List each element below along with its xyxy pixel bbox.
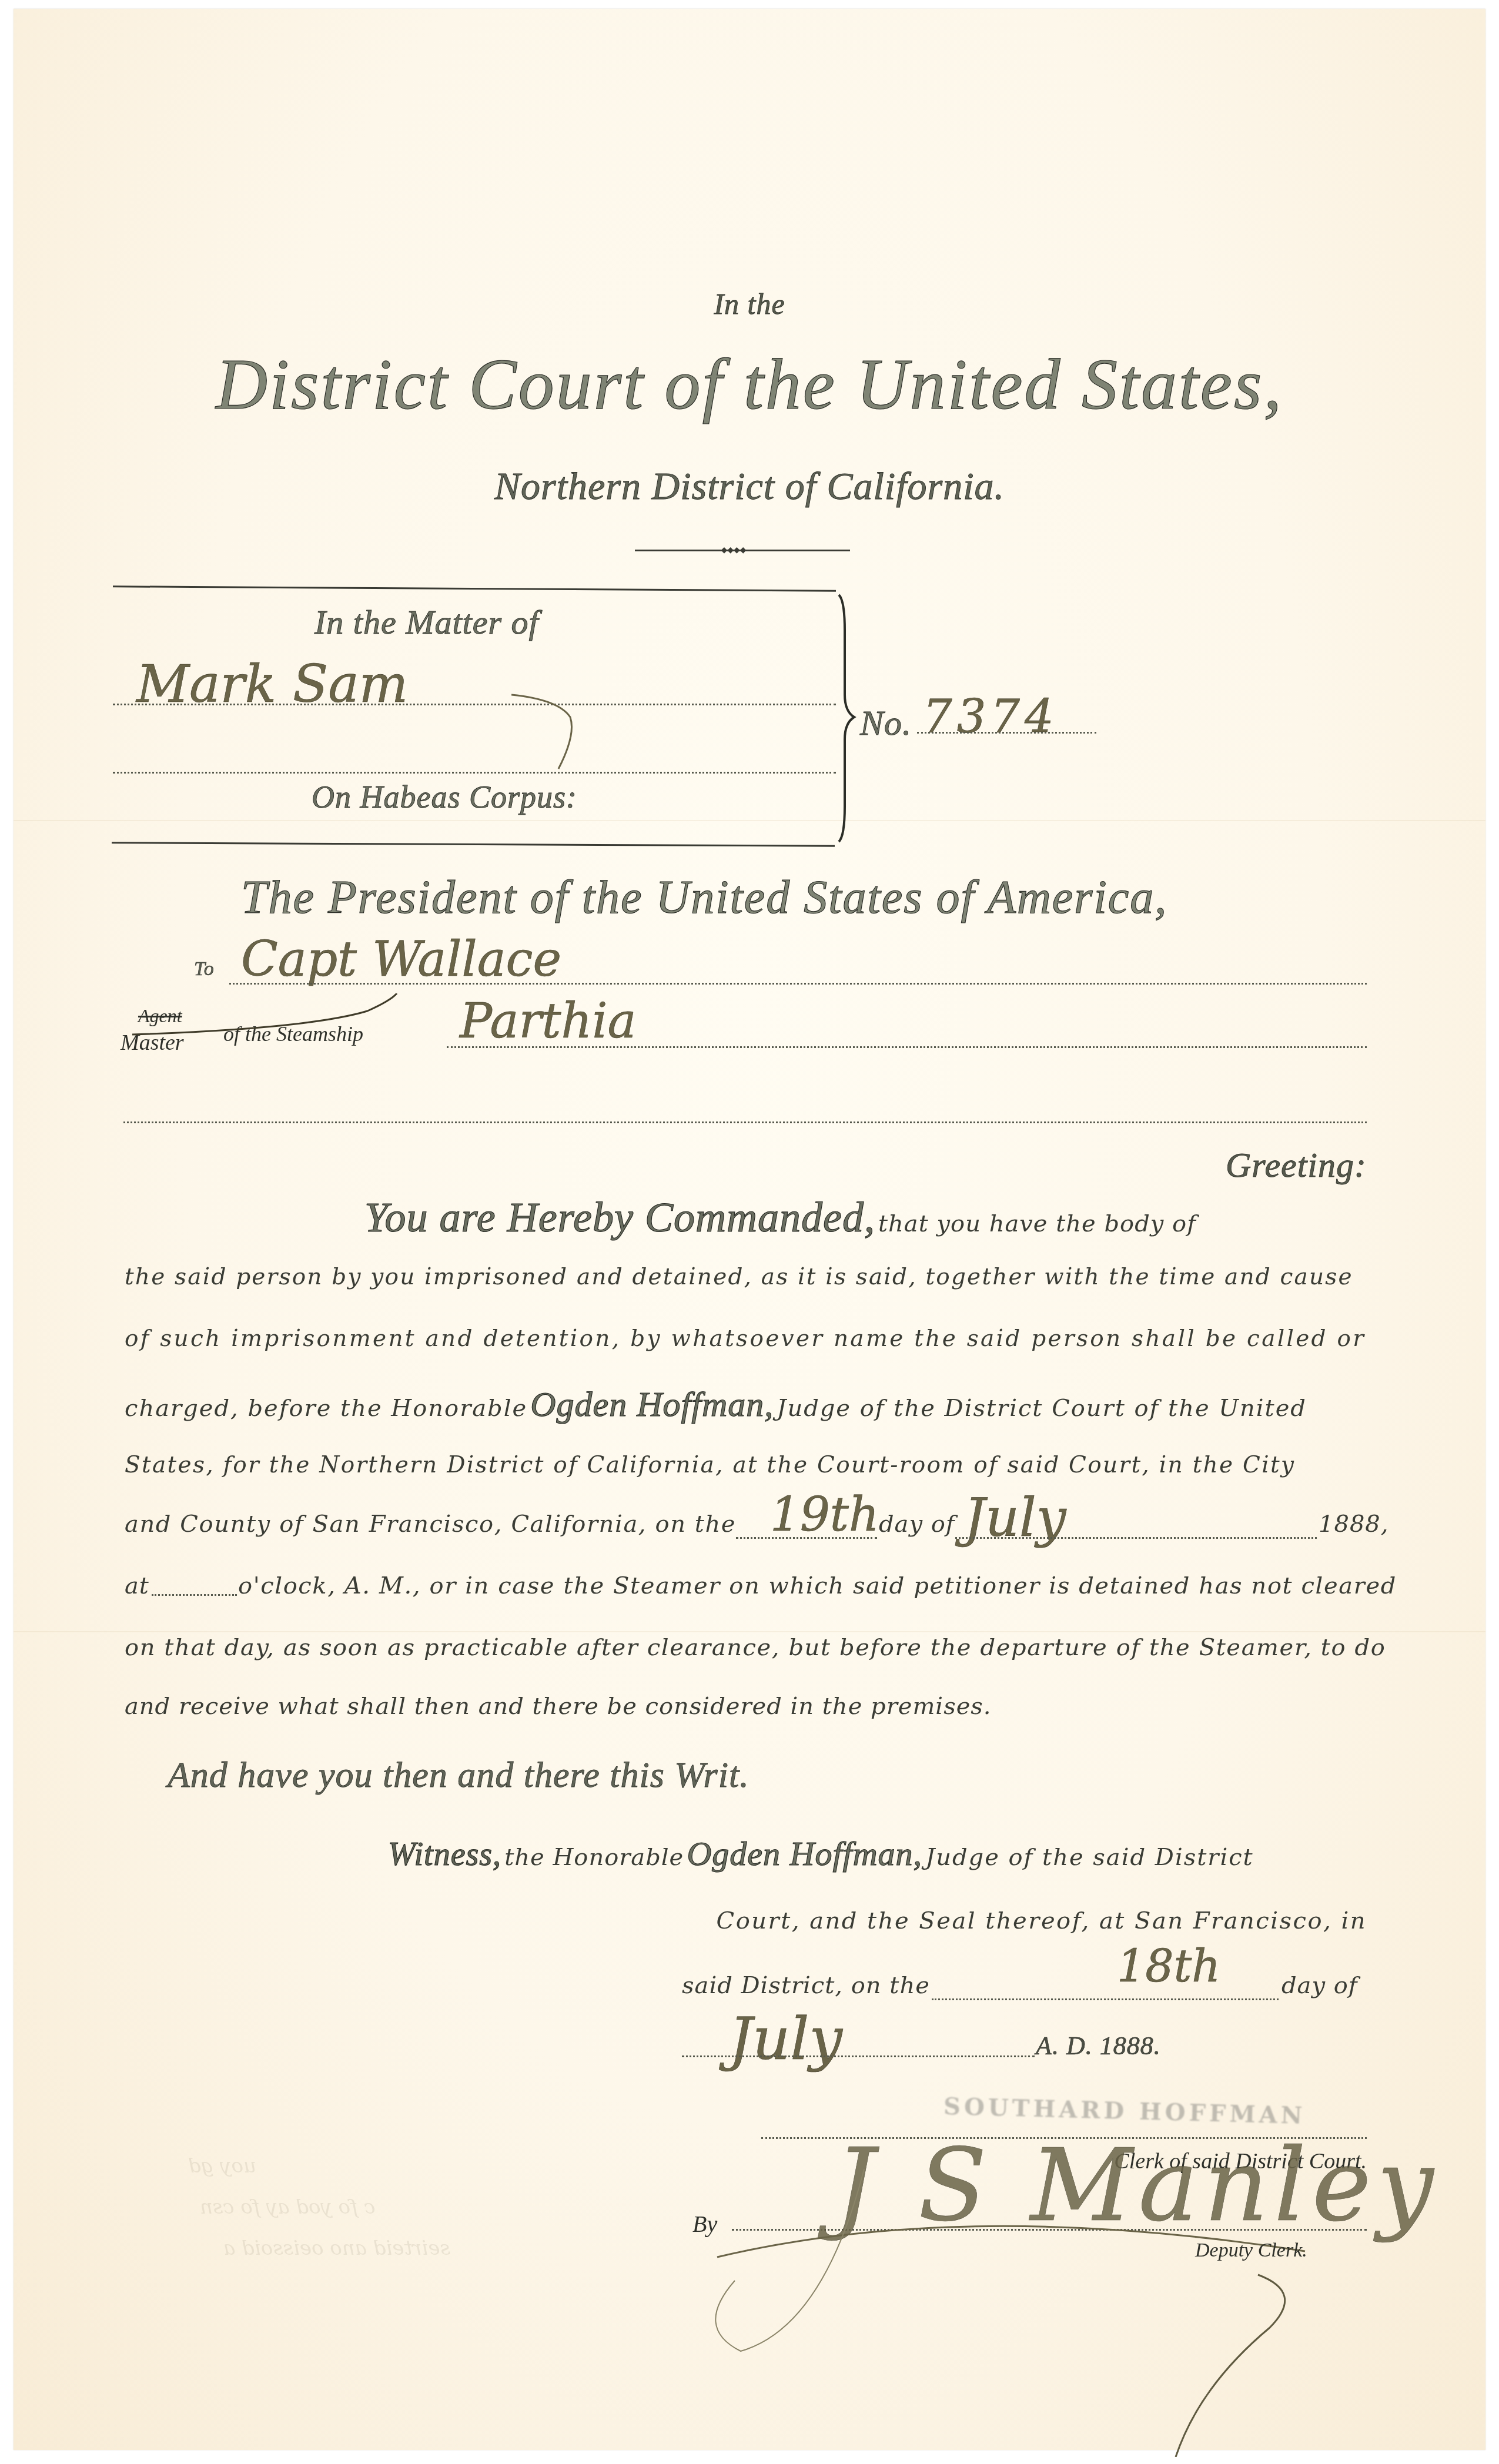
- witness-mid: the Honorable: [504, 1844, 684, 1871]
- issue-month[interactable]: July: [729, 2004, 842, 2073]
- greeting: Greeting:: [1058, 1145, 1367, 1186]
- witness-judge-name: Ogden Hoffman,: [687, 1834, 922, 1873]
- witness-post: Judge of the said District: [925, 1844, 1254, 1871]
- witness-label: Witness,: [388, 1836, 501, 1873]
- body-line-9: and receive what shall then and there be…: [125, 1693, 992, 1720]
- line6-pre: and County of San Francisco, California,…: [125, 1511, 736, 1538]
- judge-name: Ogden Hoffman,: [530, 1385, 774, 1424]
- ornament-icon: ◆◆◆◆: [716, 546, 751, 554]
- body-line-5: States, for the Northern District of Cal…: [125, 1452, 1295, 1478]
- president-line: The President of the United States of Am…: [241, 871, 1167, 925]
- case-number[interactable]: 7374: [923, 691, 1059, 744]
- petitioner-name-line: [113, 704, 836, 705]
- to-label: To: [194, 958, 215, 980]
- fold-crease: [14, 820, 1485, 821]
- line6-mid: day of: [879, 1511, 955, 1538]
- body-line-2: the said person by you imprisoned and de…: [125, 1264, 1353, 1290]
- recipient-line: [229, 983, 1367, 985]
- witness-line-1: Witness, the Honorable Ogden Hoffman, Ju…: [388, 1834, 1254, 1873]
- command-heading: You are Hereby Commanded,: [364, 1194, 875, 1241]
- strike-flourish: [132, 993, 473, 1043]
- bleed-through-text: seirteid ano oeissoid a: [223, 2237, 450, 2260]
- issue-day-line: [932, 1998, 1279, 2000]
- issue-year: A. D. 1888.: [1036, 2031, 1161, 2061]
- on-habeas-corpus-label: On Habeas Corpus:: [312, 779, 577, 815]
- petitioner-second-line: [113, 772, 836, 774]
- body-line-8: on that day, as soon as practicable afte…: [125, 1634, 1386, 1661]
- district-subtitle: Northern District of California.: [0, 464, 1499, 509]
- in-the-matter-of-label: In the Matter of: [314, 602, 539, 642]
- body-line-7: o'clock, A. M., or in case the Steamer o…: [238, 1572, 1397, 1599]
- blank-address-line: [123, 1121, 1367, 1123]
- line4-post: Judge of the District Court of the Unite…: [777, 1395, 1307, 1422]
- hearing-day-line: [736, 1537, 877, 1539]
- name-flourish: [511, 694, 594, 772]
- line7-at: at: [125, 1572, 149, 1599]
- witness-line-2: Court, and the Seal thereof, at San Fran…: [588, 1907, 1367, 1934]
- line4-pre: charged, before the Honorable: [125, 1395, 527, 1422]
- steamship-name[interactable]: Parthia: [460, 993, 636, 1049]
- recipient-name[interactable]: Capt Wallace: [241, 932, 561, 987]
- case-number-line: [917, 732, 1096, 734]
- issue-month-line: [682, 2055, 1035, 2057]
- deputy-label: Deputy Clerk.: [1195, 2239, 1307, 2262]
- fold-crease: [14, 1631, 1485, 1632]
- hearing-day[interactable]: 19th: [770, 1487, 879, 1542]
- body-line-4: charged, before the Honorable Ogden Hoff…: [125, 1384, 1307, 1425]
- witness-line-3-post: day of: [1281, 1972, 1358, 1999]
- bleed-through-text: uoy gd: [188, 2154, 256, 2178]
- writ-line: And have you then and there this Writ.: [168, 1755, 749, 1796]
- court-title: District Court of the United States,: [0, 344, 1499, 426]
- hearing-year: 1888,: [1319, 1511, 1389, 1538]
- command-line: You are Hereby Commanded, that you have …: [364, 1193, 1196, 1242]
- header-in-the: In the: [0, 287, 1499, 321]
- body-line-3: of such imprisonment and detention, by w…: [125, 1325, 1366, 1352]
- hearing-month[interactable]: July: [964, 1487, 1066, 1549]
- hour-blank-line[interactable]: [152, 1594, 237, 1596]
- case-number-label: No.: [860, 703, 912, 744]
- command-tail: that you have the body of: [878, 1210, 1196, 1237]
- hearing-month-line: [955, 1537, 1317, 1539]
- signature-flourish: [670, 2151, 1317, 2459]
- caption-brace: [838, 595, 846, 839]
- issue-day[interactable]: 18th: [1117, 1940, 1220, 1992]
- steamship-line: [447, 1046, 1367, 1048]
- bleed-through-text: c fo yod ay fo csn: [200, 2195, 376, 2219]
- witness-line-3-pre: said District, on the: [682, 1972, 930, 1999]
